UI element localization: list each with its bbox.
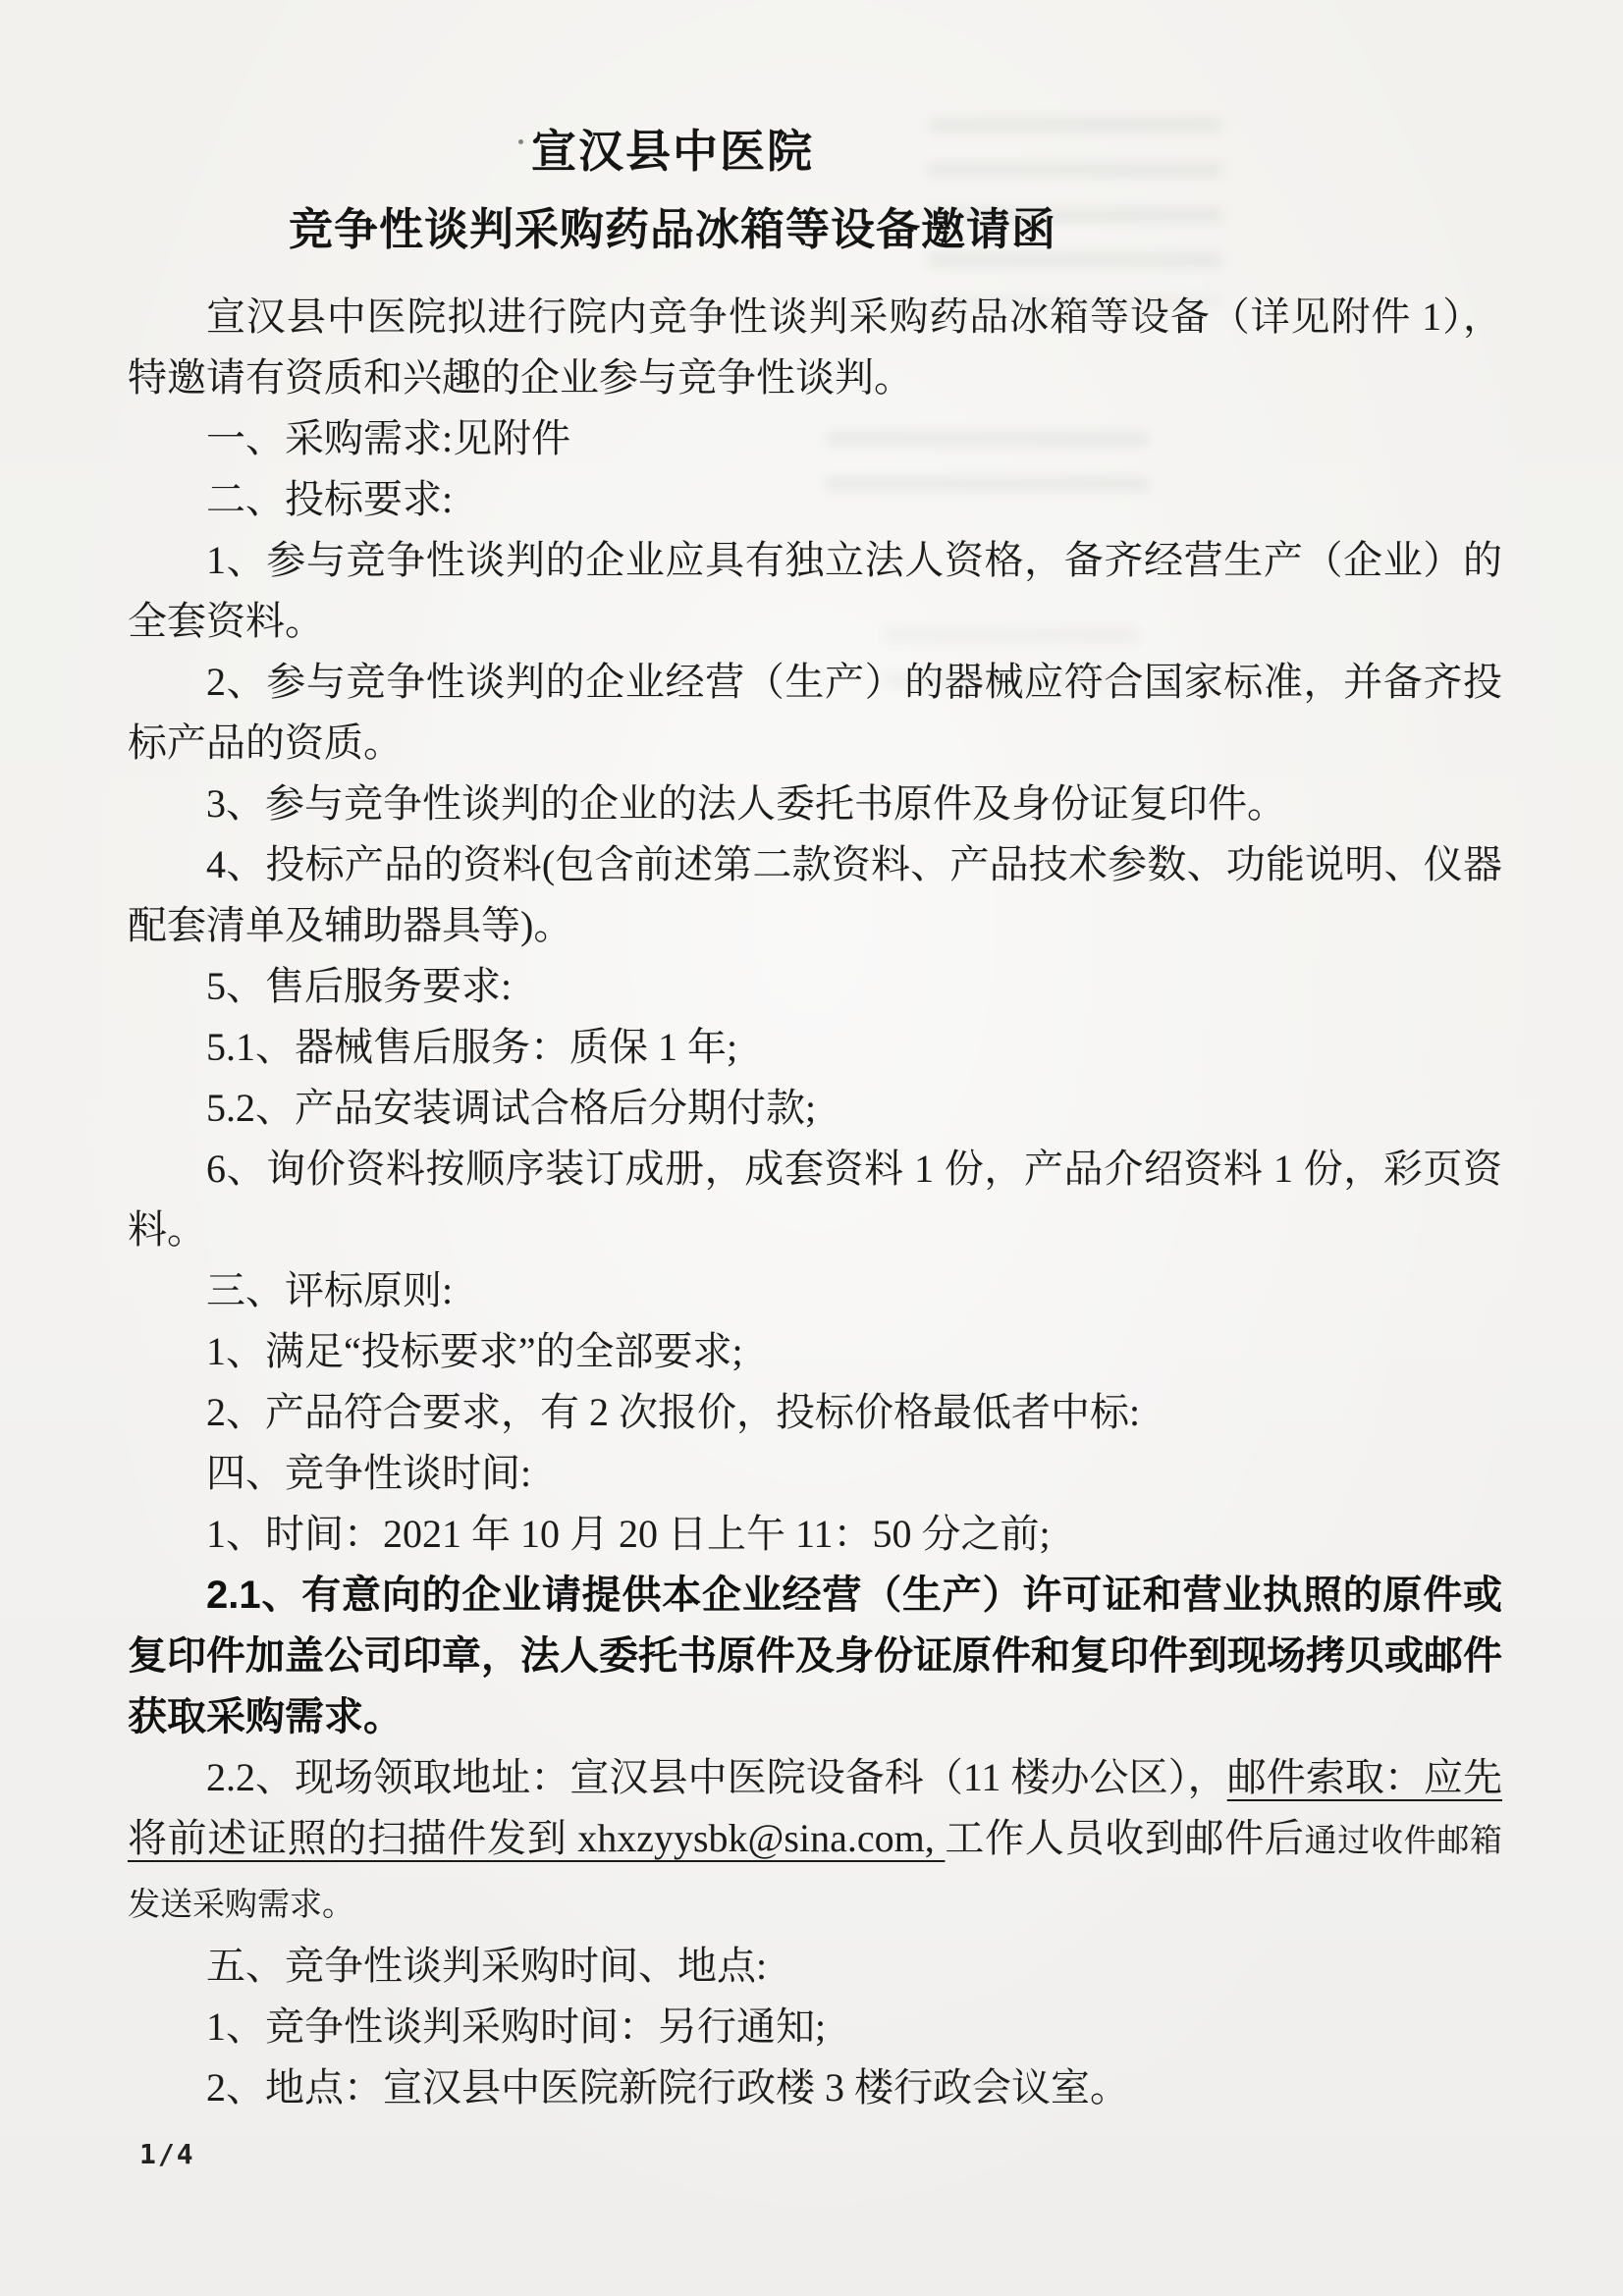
document-body: 宣汉县中医院拟进行院内竞争性谈判采购药品冰箱等设备（详见附件 1），特邀请有资质… [128, 287, 1502, 2118]
section-2-item-1: 1、参与竞争性谈判的企业应具有独立法人资格，备齐经营生产（企业）的全套资料。 [128, 530, 1502, 652]
section-5-heading: 五、竞争性谈判采购时间、地点: [128, 1936, 1502, 1997]
document-header: 宣汉县中医院 竞争性谈判采购药品冰箱等设备邀请函 [128, 116, 1217, 273]
document-content: 宣汉县中医院 竞争性谈判采购药品冰箱等设备邀请函 宣汉县中医院拟进行院内竞争性谈… [128, 116, 1502, 2118]
paragraph-intro: 宣汉县中医院拟进行院内竞争性谈判采购药品冰箱等设备（详见附件 1），特邀请有资质… [128, 287, 1502, 408]
hospital-title: 宣汉县中医院 [128, 116, 1217, 187]
section-3-item-2: 2、产品符合要求，有 2 次报价，投标价格最低者中标: [128, 1382, 1502, 1443]
section-4-heading: 四、竞争性谈时间: [128, 1443, 1502, 1504]
document-title: 竞争性谈判采购药品冰箱等设备邀请函 [128, 187, 1217, 273]
section-1-heading: 一、采购需求:见附件 [128, 408, 1502, 469]
section-4-item-2-1: 2.1、有意向的企业请提供本企业经营（生产）许可证和营业执照的原件或复印件加盖公… [128, 1565, 1502, 1747]
section-5-item-1: 1、竞争性谈判采购时间：另行通知; [128, 1997, 1502, 2057]
section-2-item-4: 4、投标产品的资料(包含前述第二款资料、产品技术参数、功能说明、仪器配套清单及辅… [128, 834, 1502, 956]
staff-reply-text: 工作人员收到邮件后 [945, 1816, 1304, 1860]
page-number: 1/4 [139, 2138, 195, 2170]
section-4-item-1: 1、时间：2021 年 10 月 20 日上午 11：50 分之前; [128, 1504, 1502, 1565]
section-2-item-6: 6、询价资料按顺序装订成册，成套资料 1 份，产品介绍资料 1 份，彩页资料。 [128, 1139, 1502, 1260]
section-2-item-5-2: 5.2、产品安装调试合格后分期付款; [128, 1078, 1502, 1139]
pickup-address-text: 2.2、现场领取地址：宣汉县中医院设备科（11 楼办公区）， [206, 1755, 1227, 1799]
section-5-item-2: 2、地点：宣汉县中医院新院行政楼 3 楼行政会议室。 [128, 2057, 1502, 2118]
section-3-heading: 三、评标原则: [128, 1260, 1502, 1321]
section-3-item-1: 1、满足“投标要求”的全部要求; [128, 1321, 1502, 1382]
section-2-item-2: 2、参与竞争性谈判的企业经营（生产）的器械应符合国家标准，并备齐投标产品的资质。 [128, 652, 1502, 774]
section-2-item-5-1: 5.1、器械售后服务：质保 1 年; [128, 1017, 1502, 1078]
scanned-document-page: { "page": { "paper_color": "#f2f1ee", "t… [0, 0, 1623, 2296]
section-4-item-2-2: 2.2、现场领取地址：宣汉县中医院设备科（11 楼办公区），邮件索取：应先将前述… [128, 1747, 1502, 1936]
section-2-item-3: 3、参与竞争性谈判的企业的法人委托书原件及身份证复印件。 [128, 774, 1502, 834]
section-2-item-5: 5、售后服务要求: [128, 956, 1502, 1017]
section-2-heading: 二、投标要求: [128, 469, 1502, 530]
